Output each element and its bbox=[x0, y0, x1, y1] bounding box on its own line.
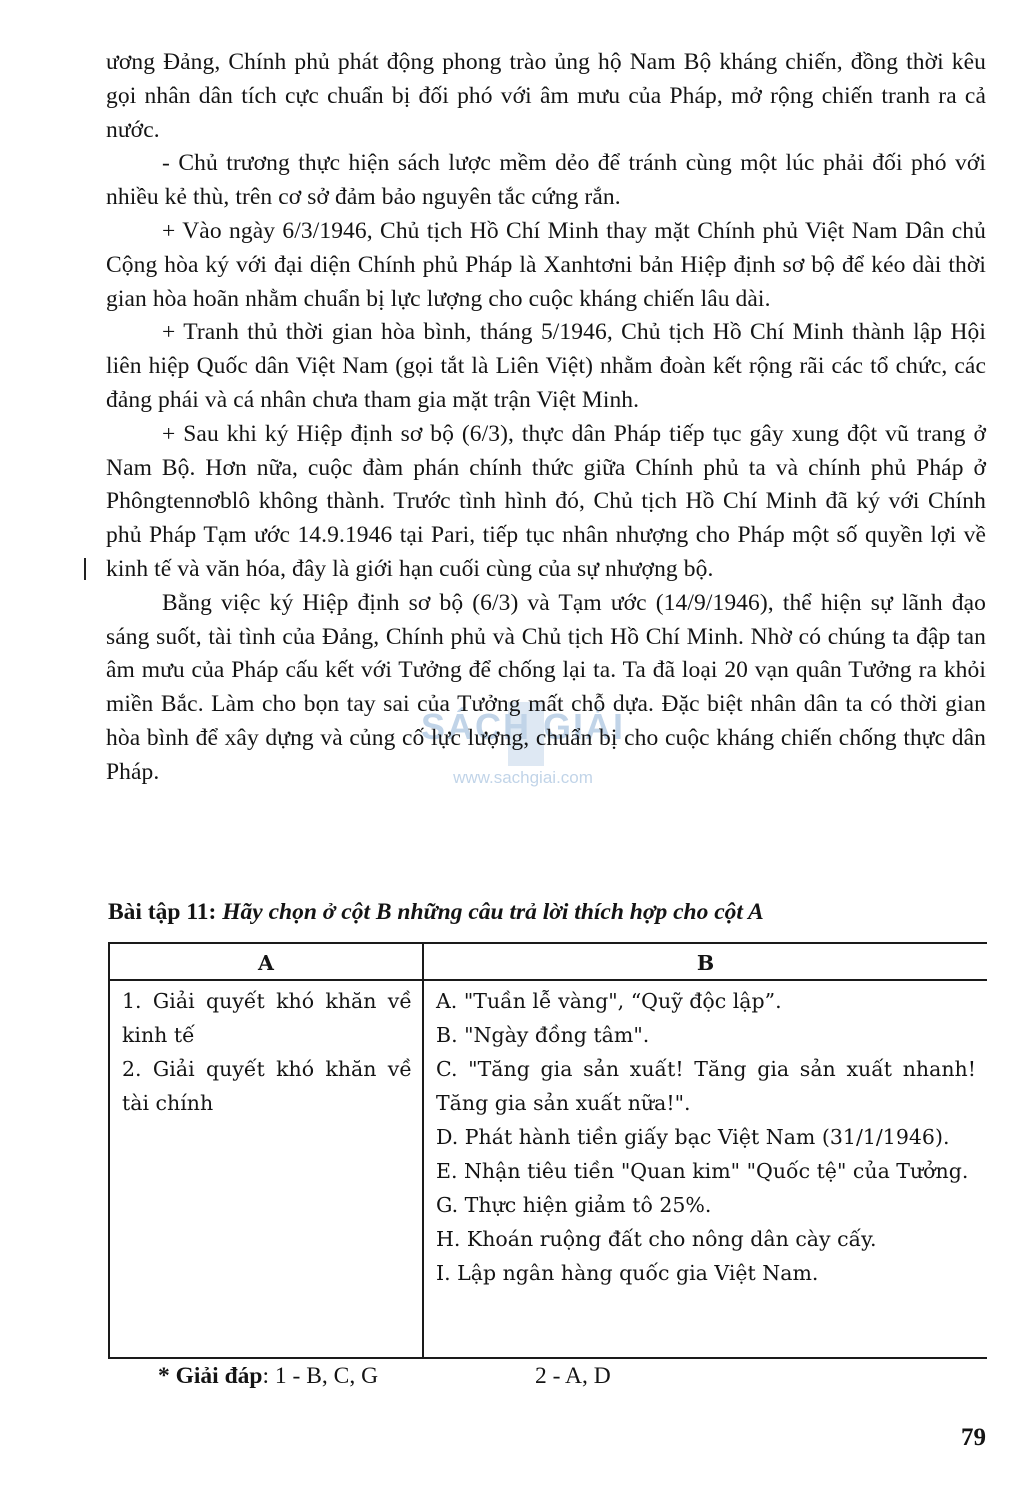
margin-mark bbox=[84, 558, 86, 580]
column-b-item: D. Phát hành tiền giấy bạc Việt Nam (31/… bbox=[436, 1120, 976, 1154]
page-number: 79 bbox=[961, 1424, 986, 1452]
column-b-item: C. "Tăng gia sản xuất! Tăng gia sản xuất… bbox=[436, 1052, 976, 1120]
textbook-page: SÁCH GIẢI www.sachgiai.com ương Đảng, Ch… bbox=[0, 0, 1024, 1496]
column-b-item: E. Nhận tiêu tiền "Quan kim" "Quốc tệ" c… bbox=[436, 1154, 976, 1188]
column-divider bbox=[422, 944, 424, 1357]
column-a-item: 2. Giải quyết khó khăn về tài chính bbox=[122, 1052, 412, 1120]
column-a-header: A bbox=[110, 944, 422, 979]
table-header-row: A B bbox=[110, 944, 987, 981]
answer-line: * Giải đáp: 1 - B, C, G 2 - A, D bbox=[158, 1360, 378, 1392]
answer-label: * Giải đáp bbox=[158, 1363, 262, 1389]
column-b-item: B. "Ngày đồng tâm". bbox=[436, 1018, 976, 1052]
exercise-prompt: Hãy chọn ở cột B những câu trả lời thích… bbox=[222, 899, 763, 925]
paragraph-preliminary-agreement: + Vào ngày 6/3/1946, Chủ tịch Hồ Chí Min… bbox=[106, 215, 986, 316]
column-a-item: 1. Giải quyết khó khăn về kinh tế bbox=[122, 984, 412, 1052]
column-b-item: A. "Tuần lễ vàng", “Quỹ độc lập”. bbox=[436, 984, 976, 1018]
paragraph-modus-vivendi: + Sau khi ký Hiệp định sơ bộ (6/3), thực… bbox=[106, 418, 986, 587]
column-b-header: B bbox=[424, 944, 987, 979]
column-b: A. "Tuần lễ vàng", “Quỹ độc lập”. B. "Ng… bbox=[436, 984, 976, 1290]
exercise-label: Bài tập 11: bbox=[108, 899, 216, 925]
exercise-heading: Bài tập 11: Hãy chọn ở cột B những câu t… bbox=[108, 896, 988, 928]
paragraph-conclusion: Bằng việc ký Hiệp định sơ bộ (6/3) và Tạ… bbox=[106, 587, 986, 790]
paragraph-policy: - Chủ trương thực hiện sách lược mềm dẻo… bbox=[106, 147, 986, 215]
paragraph-lien-viet: + Tranh thủ thời gian hòa bình, tháng 5/… bbox=[106, 316, 986, 417]
answer-part-1: : 1 - B, C, G bbox=[262, 1363, 378, 1389]
column-b-item: H. Khoán ruộng đất cho nông dân cày cấy. bbox=[436, 1222, 976, 1256]
column-b-item: I. Lập ngân hàng quốc gia Việt Nam. bbox=[436, 1256, 976, 1290]
paragraph-continuation: ương Đảng, Chính phủ phát động phong trà… bbox=[106, 46, 986, 147]
column-b-item: G. Thực hiện giảm tô 25%. bbox=[436, 1188, 976, 1222]
matching-table: A B 1. Giải quyết khó khăn về kinh tế 2.… bbox=[108, 942, 987, 1359]
body-text: ương Đảng, Chính phủ phát động phong trà… bbox=[106, 46, 986, 790]
answer-part-2: 2 - A, D bbox=[535, 1360, 611, 1392]
column-a: 1. Giải quyết khó khăn về kinh tế 2. Giả… bbox=[122, 984, 412, 1120]
